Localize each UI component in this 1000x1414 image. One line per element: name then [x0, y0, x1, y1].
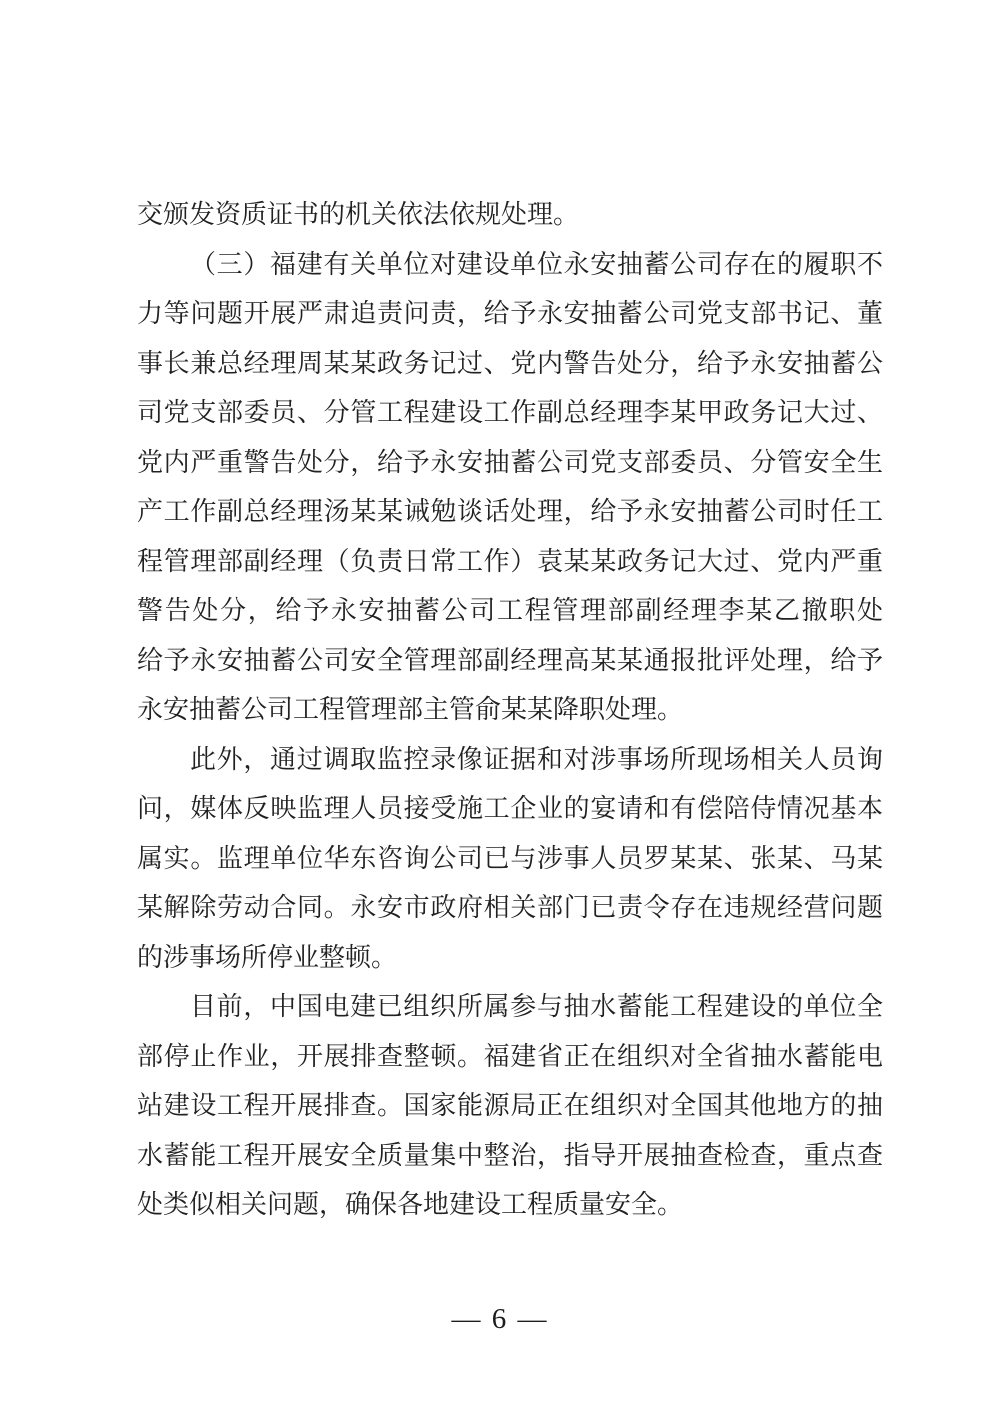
document-line: 目前，中国电建已组织所属参与抽水蓄能工程建设的单位全 [137, 982, 883, 1032]
document-line: 程管理部副经理（负责日常工作）袁某某政务记大过、党内严重 [137, 537, 883, 587]
document-body-text: 交颁发资质证书的机关依法依规处理。 （三）福建有关单位对建设单位永安抽蓄公司存在… [137, 190, 883, 1230]
document-line: 永安抽蓄公司工程管理部主管俞某某降职处理。 [137, 685, 883, 735]
document-line: 属实。监理单位华东咨询公司已与涉事人员罗某某、张某、马某 [137, 834, 883, 884]
document-line: 此外，通过调取监控录像证据和对涉事场所现场相关人员询 [137, 735, 883, 785]
document-line: 警告处分，给予永安抽蓄公司工程管理部副经理李某乙撤职处理， [137, 586, 883, 636]
document-line: 某解除劳动合同。永安市政府相关部门已责令存在违规经营问题 [137, 883, 883, 933]
document-line: 站建设工程开展排查。国家能源局正在组织对全国其他地方的抽 [137, 1081, 883, 1131]
document-line: 部停止作业，开展排查整顿。福建省正在组织对全省抽水蓄能电 [137, 1032, 883, 1082]
document-line: 给予永安抽蓄公司安全管理部副经理高某某通报批评处理，给予 [137, 636, 883, 686]
document-line: 问，媒体反映监理人员接受施工企业的宴请和有偿陪侍情况基本 [137, 784, 883, 834]
document-line: （三）福建有关单位对建设单位永安抽蓄公司存在的履职不 [137, 240, 883, 290]
document-line: 处类似相关问题，确保各地建设工程质量安全。 [137, 1180, 883, 1230]
document-line: 事长兼总经理周某某政务记过、党内警告处分，给予永安抽蓄公 [137, 339, 883, 389]
document-line: 的涉事场所停业整顿。 [137, 933, 883, 983]
document-page: 交颁发资质证书的机关依法依规处理。 （三）福建有关单位对建设单位永安抽蓄公司存在… [0, 0, 1000, 1414]
page-number: — 6 — [0, 1303, 1000, 1336]
document-line: 产工作副总经理汤某某诫勉谈话处理，给予永安抽蓄公司时任工 [137, 487, 883, 537]
document-line: 交颁发资质证书的机关依法依规处理。 [137, 190, 883, 240]
document-line: 力等问题开展严肃追责问责，给予永安抽蓄公司党支部书记、董 [137, 289, 883, 339]
document-line: 党内严重警告处分，给予永安抽蓄公司党支部委员、分管安全生 [137, 438, 883, 488]
document-line: 司党支部委员、分管工程建设工作副总经理李某甲政务记大过、 [137, 388, 883, 438]
document-line: 水蓄能工程开展安全质量集中整治，指导开展抽查检查，重点查 [137, 1131, 883, 1181]
